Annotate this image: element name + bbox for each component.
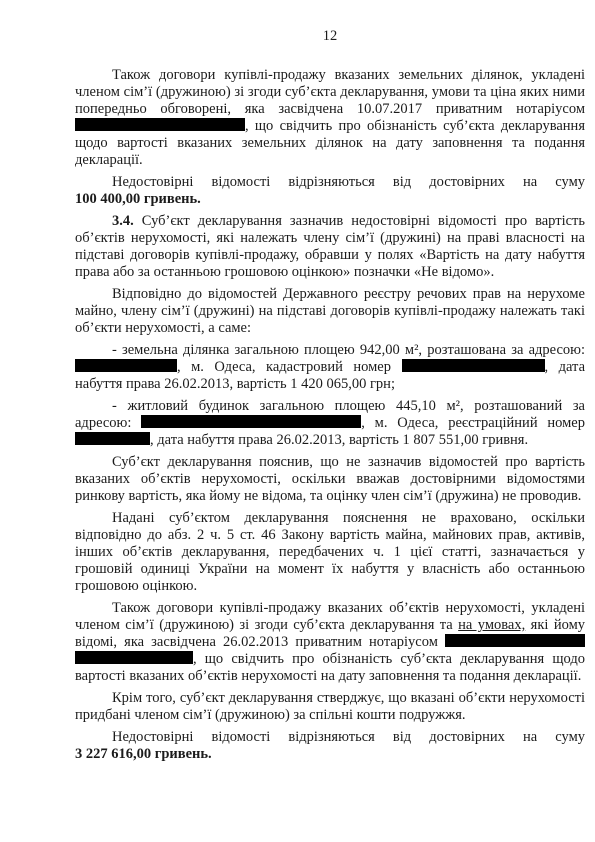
paragraph-state-register: Відповідно до відомостей Державного реєс… — [75, 286, 585, 337]
paragraph-discrepancy-sum-1: Недостовірні відомості відрізняються від… — [75, 174, 585, 208]
paragraph-text: Недостовірні відомості відрізняються від… — [112, 729, 585, 745]
page-number: 12 — [75, 28, 585, 45]
redaction-box-notary-name — [75, 118, 245, 131]
redaction-box-registration-number — [75, 432, 150, 445]
paragraph-text: Також договори купівлі-продажу вказаних … — [75, 67, 585, 117]
paragraph-joint-funds: Крім того, суб’єкт декларування стверджу… — [75, 690, 585, 724]
paragraph-text: Крім того, суб’єкт декларування стверджу… — [75, 690, 585, 723]
paragraph-text: , дата набуття права 26.02.2013, вартіст… — [150, 432, 528, 448]
redaction-box-notary-name — [445, 634, 585, 647]
text-block: 12 Також договори купівлі-продажу вказан… — [75, 28, 585, 768]
paragraph-text: Суб’єкт декларування пояснив, що не зазн… — [75, 454, 585, 504]
redaction-box-notary-name — [75, 651, 193, 664]
redaction-box-address — [141, 415, 361, 428]
redaction-box-address — [75, 359, 177, 372]
paragraph-declarant-explanation: Суб’єкт декларування пояснив, що не зазн… — [75, 454, 585, 505]
section-number: 3.4. — [112, 213, 134, 229]
paragraph-text: , м. Одеса, реєстраційний номер — [361, 415, 585, 431]
paragraph-text: Відповідно до відомостей Державного реєс… — [75, 286, 585, 336]
paragraph-text: , м. Одеса, кадастровий номер — [177, 359, 402, 375]
paragraph-explanation-rejected: Надані суб’єктом декларування пояснення … — [75, 510, 585, 595]
paragraph-discrepancy-sum-2: Недостовірні відомості відрізняються від… — [75, 729, 585, 763]
paragraph-text: Надані суб’єктом декларування пояснення … — [75, 510, 585, 594]
sum-amount: 3 227 616,00 гривень. — [75, 746, 212, 762]
document-page: 12 Також договори купівлі-продажу вказан… — [0, 0, 595, 842]
list-item-residential-house: - житловий будинок загальною площею 445,… — [75, 398, 585, 449]
underlined-text: на умовах, — [458, 617, 525, 633]
paragraph-text: - земельна ділянка загальною площею 942,… — [112, 342, 585, 358]
paragraph-property-contracts: Також договори купівлі-продажу вказаних … — [75, 600, 585, 685]
paragraph-section-3-4: 3.4. Суб’єкт декларування зазначив недос… — [75, 213, 585, 281]
paragraph-text: Суб’єкт декларування зазначив недостовір… — [75, 213, 585, 280]
list-item-land-plot: - земельна ділянка загальною площею 942,… — [75, 342, 585, 393]
redaction-box-cadastral-number — [402, 359, 545, 372]
paragraph-land-contracts: Також договори купівлі-продажу вказаних … — [75, 67, 585, 169]
sum-amount: 100 400,00 гривень. — [75, 191, 201, 207]
paragraph-text: Недостовірні відомості відрізняються від… — [112, 174, 585, 190]
